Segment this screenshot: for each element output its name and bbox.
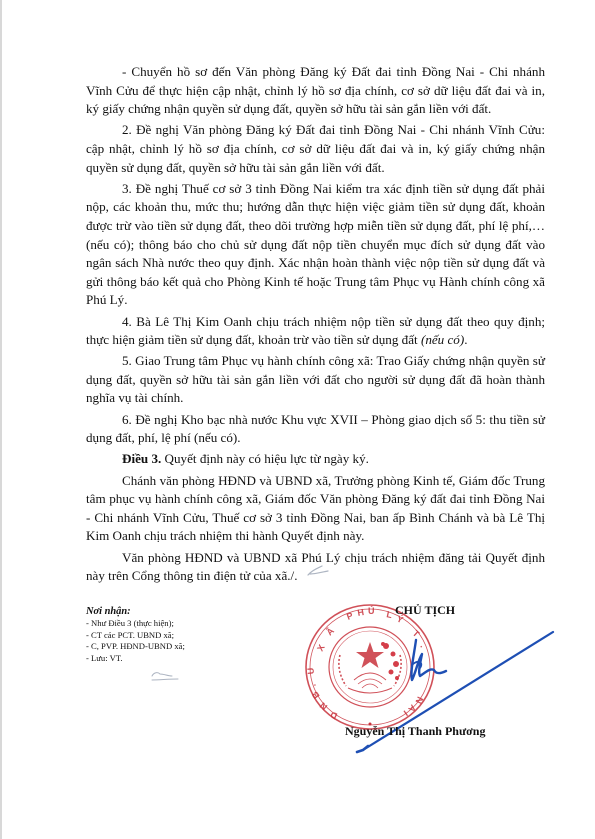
paragraph-item-5: 5. Giao Trung tâm Phục vụ hành chính côn… [86,352,545,408]
paragraph-text: Văn phòng HĐND và UBND xã Phú Lý chịu tr… [86,550,545,584]
svg-text:Ú: Ú [368,605,375,616]
document-body: - Chuyển hồ sơ đến Văn phòng Đăng ký Đất… [86,63,545,588]
paragraph-item-3: 3. Đề nghị Thuế cơ sở 3 tỉnh Đồng Nai ki… [86,180,545,310]
paragraph-text: Quyết định này có hiệu lực từ ngày ký. [161,451,369,466]
article-label: Điều 3. [122,451,161,466]
official-stamp: X Ã P H Ú L Ý T . U . B N D N A I [300,600,442,735]
svg-text:H: H [357,607,365,618]
svg-text:N: N [318,700,329,712]
svg-text:X: X [315,643,327,653]
paragraph-transfer-dossier: - Chuyển hồ sơ đến Văn phòng Đăng ký Đất… [86,63,545,119]
recipient-item: - C, PVP. HĐND-UBND xã; [86,641,286,652]
paragraph-article-3: Điều 3. Quyết định này có hiệu lực từ ng… [86,450,545,469]
paragraph-item-6: 6. Đề nghị Kho bạc nhà nước Khu vực XVII… [86,411,545,448]
paragraph-implementation: Chánh văn phòng HĐND và UBND xã, Trưởng … [86,472,545,546]
paragraph-suffix: . [464,332,467,347]
paragraph-text: 3. Đề nghị Thuế cơ sở 3 tỉnh Đồng Nai ki… [86,181,545,308]
svg-text:N: N [413,695,425,705]
paragraph-text: 6. Đề nghị Kho bạc nhà nước Khu vực XVII… [86,412,545,446]
recipients-title: Nơi nhận: [86,606,286,617]
paragraph-text: - Chuyển hồ sơ đến Văn phòng Đăng ký Đất… [86,64,545,116]
paragraph-text: Chánh văn phòng HĐND và UBND xã, Trưởng … [86,473,545,544]
svg-text:Ã: Ã [324,625,336,637]
signer-name: Nguyễn Thị Thanh Phương [345,724,485,739]
paragraph-text: 5. Giao Trung tâm Phục vụ hành chính côn… [86,353,545,405]
svg-text:P: P [345,610,354,621]
paragraph-italic-note: (nếu có) [421,332,464,347]
recipient-item: - CT các PCT. UBND xã; [86,630,286,641]
page-edge [0,0,2,839]
svg-text:T: T [411,628,422,639]
paragraph-publication: Văn phòng HĐND và UBND xã Phú Lý chịu tr… [86,549,545,586]
recipient-item: - Lưu: VT. [86,653,286,664]
recipients-block: Nơi nhận: - Như Điều 3 (thực hiện); - CT… [86,606,286,664]
signer-title: CHỦ TỊCH [395,603,455,618]
paragraph-text: 4. Bà Lê Thị Kim Oanh chịu trách nhiệm n… [86,314,545,348]
svg-text:L: L [386,609,394,620]
svg-text:I: I [402,708,410,718]
paragraph-text: 2. Đề nghị Văn phòng Đăng ký Đất đai tỉn… [86,122,545,174]
recipient-item: - Như Điều 3 (thực hiện); [86,618,286,629]
paragraph-item-2: 2. Đề nghị Văn phòng Đăng ký Đất đai tỉn… [86,121,545,177]
paragraph-item-4: 4. Bà Lê Thị Kim Oanh chịu trách nhiệm n… [86,313,545,350]
svg-text:U: U [305,667,316,674]
